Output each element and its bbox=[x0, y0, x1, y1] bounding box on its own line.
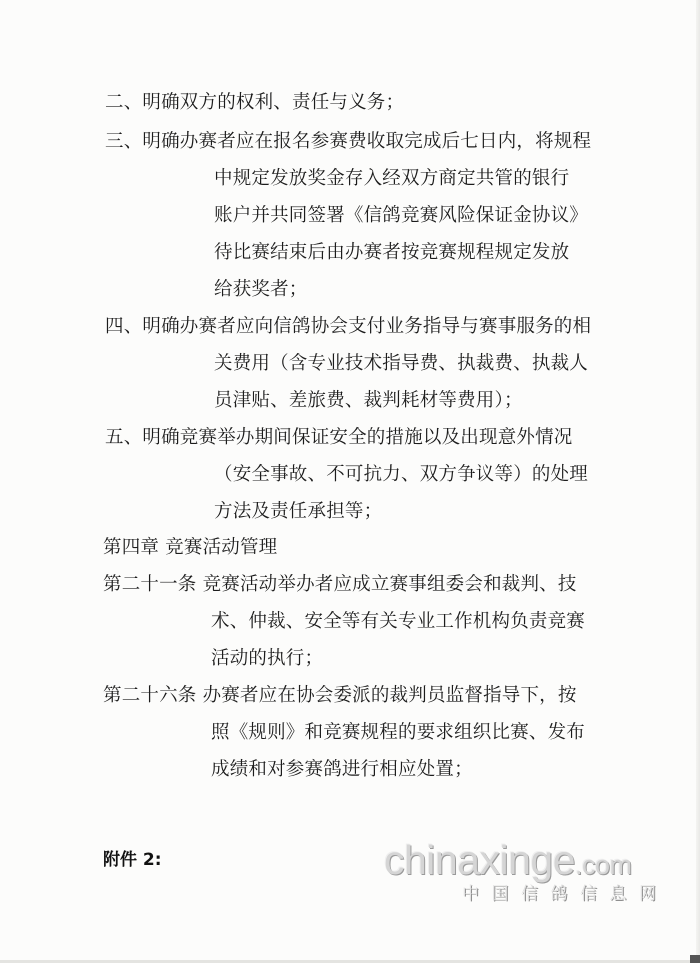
article-26: 第二十六条 办赛者应在协会委派的裁判员监督指导下，按 bbox=[103, 685, 577, 707]
clause-5-cont-1: （安全事故、不可抗力、双方争议等）的处理 bbox=[214, 464, 588, 486]
article-21-cont-2: 活动的执行； bbox=[211, 648, 323, 670]
scanned-page: 二、明确双方的权利、责任与义务； 三、明确办赛者应在报名参赛费收取完成后七日内，… bbox=[0, 0, 700, 963]
watermark-domain-tld: .com bbox=[575, 850, 632, 880]
scan-corner-mark bbox=[690, 955, 700, 963]
watermark-site-name: 中国信鸽信息网 bbox=[462, 884, 669, 904]
clause-3-cont-2: 账户并共同签署《信鸽竞赛风险保证金协议》 bbox=[214, 205, 588, 227]
article-26-cont-1: 照《规则》和竞赛规程的要求组织比赛、发布 bbox=[211, 722, 585, 744]
clause-5: 五、明确竞赛举办期间保证安全的措施以及出现意外情况 bbox=[105, 427, 573, 449]
annex-label: 附件 2: bbox=[103, 845, 162, 870]
watermark-domain: chinaxinge.com bbox=[384, 838, 632, 887]
chapter-heading: 第四章 竞赛活动管理 bbox=[103, 537, 277, 559]
clause-5-cont-2: 方法及责任承担等； bbox=[214, 501, 382, 523]
clause-4-cont-2: 员津贴、差旅费、裁判耗材等费用）； bbox=[214, 390, 523, 412]
clause-3-cont-4: 给获奖者； bbox=[214, 279, 308, 301]
clause-3-cont-3: 待比赛结束后由办赛者按竞赛规程规定发放 bbox=[214, 242, 569, 264]
clause-4: 四、明确办赛者应向信鸽协会支付业务指导与赛事服务的相 bbox=[105, 316, 591, 338]
clause-4-cont-1: 关费用（含专业技术指导费、执裁费、执裁人 bbox=[214, 353, 588, 375]
watermark-domain-main: chinaxinge bbox=[384, 837, 575, 883]
article-21-cont-1: 术、仲裁、安全等有关专业工作机构负责竞赛 bbox=[211, 611, 585, 633]
clause-3: 三、明确办赛者应在报名参赛费收取完成后七日内，将规程 bbox=[105, 131, 591, 153]
article-26-cont-2: 成绩和对参赛鸽进行相应处置； bbox=[211, 759, 473, 781]
article-21: 第二十一条 竞赛活动举办者应成立赛事组委会和裁判、技 bbox=[103, 574, 577, 596]
clause-2: 二、明确双方的权利、责任与义务； bbox=[105, 92, 404, 114]
scan-edge-right bbox=[696, 0, 700, 963]
clause-3-cont-1: 中规定发放奖金存入经双方商定共管的银行 bbox=[214, 168, 569, 190]
